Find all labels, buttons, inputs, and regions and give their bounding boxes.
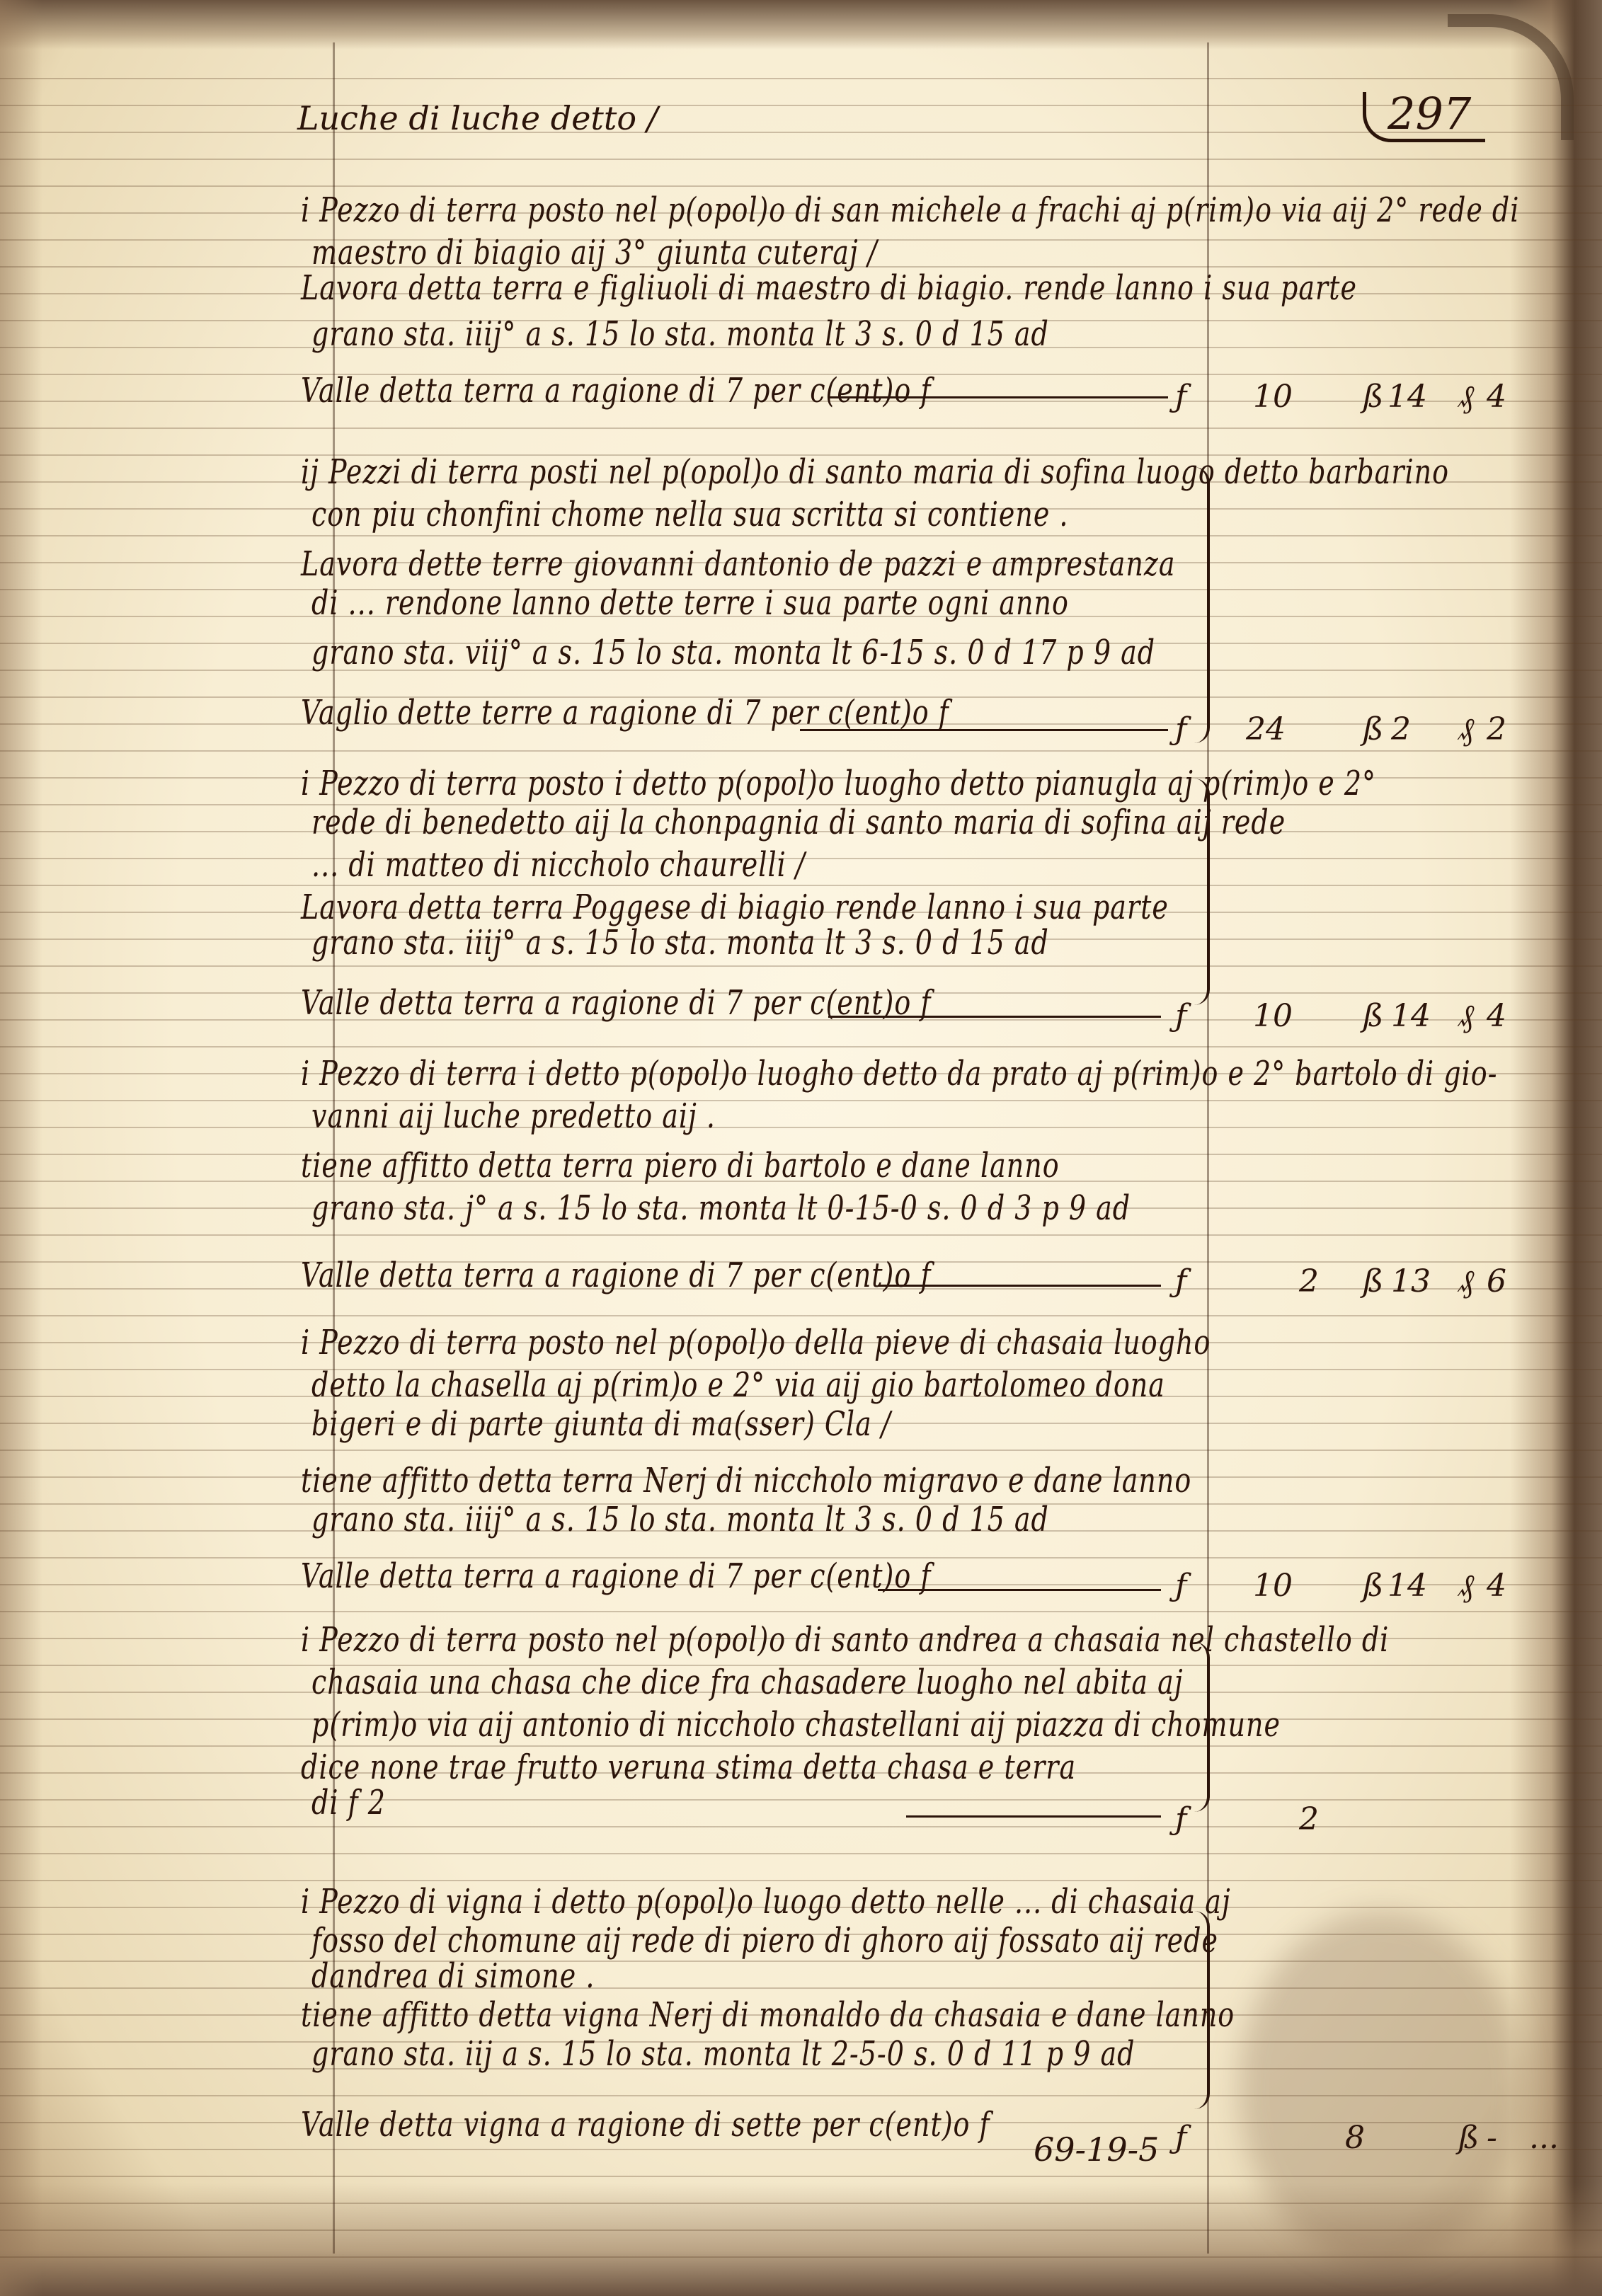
amount-soldi: 2 (1391, 711, 1411, 747)
ruling-line (0, 132, 1602, 133)
leader-line (878, 1589, 1161, 1591)
ruling-line (0, 2256, 1602, 2258)
amount-soldi: 13 (1391, 1263, 1431, 1299)
leader-line (828, 1016, 1161, 1018)
entry-line: dice none trae frutto veruna stima detta… (301, 1747, 1076, 1786)
value-statement: Valle detta terra a ragione di 7 per c(e… (301, 1256, 931, 1295)
scan-edge-top (0, 0, 1602, 50)
ruling-line (0, 1961, 1602, 1962)
scan-edge-left (0, 0, 42, 2296)
entry-line: grano sta. iiij° a s. 15 lo sta. monta l… (311, 923, 1049, 962)
entry-brace (1191, 467, 1210, 743)
entry-line: maestro di biagio aij 3° giunta cuteraj … (311, 233, 878, 272)
entry-line: rede di benedetto aij la chonpagnia di s… (311, 803, 1286, 842)
amount-denari: 2 (1487, 711, 1506, 747)
entry-line: di ... rendone lanno dette terre i sua p… (311, 583, 1069, 622)
value-statement: Valle detta vigna a ragione di sette per… (301, 2105, 990, 2144)
ruling-line (0, 1987, 1602, 1989)
entry-line: grano sta. iij a s. 15 lo sta. monta lt … (311, 2034, 1135, 2073)
entry-line: di f 2 (311, 1783, 386, 1822)
entry-line: tiene affitto detta vigna Nerj di monald… (301, 1995, 1235, 2034)
ruling-line (0, 1826, 1602, 1827)
ruling-line (0, 1100, 1602, 1101)
entry-line: dandrea di simone . (311, 1956, 595, 1995)
leader-line (800, 729, 1168, 731)
amount-fiorini: 2 (1299, 1801, 1319, 1837)
entry-line: Lavora detta terra Poggese di biagio ren… (301, 888, 1169, 926)
ruling-line (0, 535, 1602, 536)
entry-line: p(rim)o via aij antonio di niccholo chas… (311, 1705, 1281, 1744)
entry-line: i Pezzo di vigna i detto p(opol)o luogo … (301, 1882, 1231, 1921)
leader-line (828, 396, 1168, 398)
entry-line: i Pezzo di terra posto nel p(opol)o di s… (301, 190, 1519, 229)
amount-fiorini: 10 (1253, 998, 1293, 1034)
amount-soldi: - (1487, 2120, 1497, 2156)
entry-line: ... di matteo di niccholo chaurelli / (311, 845, 806, 884)
ruling-line (0, 78, 1602, 79)
ruling-line (0, 427, 1602, 429)
entry-line: bigeri e di parte giunta di ma(sser) Cla… (311, 1404, 891, 1443)
entry-line: fosso del chomune aij rede di piero di g… (311, 1921, 1218, 1960)
ruling-line (0, 885, 1602, 886)
entry-line: tiene affitto detta terra Nerj di niccho… (301, 1461, 1191, 1500)
ruling-line (0, 1046, 1602, 1047)
entry-line: i Pezzo di terra i detto p(opol)o luogho… (301, 1054, 1497, 1093)
manuscript-page: 297 Luche di luche detto / i Pezzo di te… (0, 0, 1602, 2296)
entry-line: Lavora dette terre giovanni dantonio de … (301, 544, 1176, 583)
amount-denari: 4 (1487, 1568, 1506, 1604)
ruling-line (0, 159, 1602, 160)
entry-line: i Pezzo di terra posto nel p(opol)o dell… (301, 1323, 1211, 1362)
ruling-line (0, 750, 1602, 752)
amount-fiorini: 2 (1299, 1263, 1319, 1299)
ruling-line (0, 1853, 1602, 1854)
entry-line: ij Pezzi di terra posti nel p(opol)o di … (301, 452, 1449, 491)
entry-line: detto la chasella aj p(rim)o e 2° via ai… (311, 1365, 1165, 1404)
amount-fiorini: 10 (1253, 1568, 1293, 1604)
amount-fiorini: 10 (1253, 379, 1293, 415)
ruling-line (0, 2176, 1602, 2177)
amount-soldi: 14 (1388, 379, 1427, 415)
entry-line: grano sta. iiij° a s. 15 lo sta. monta l… (311, 314, 1049, 353)
entry-line: i Pezzo di terra posto i detto p(opol)o … (301, 764, 1376, 803)
ruling-line (0, 2095, 1602, 2096)
ruling-line (0, 1234, 1602, 1236)
amount-denari: 4 (1487, 379, 1506, 415)
amount-denari: 6 (1487, 1263, 1506, 1299)
amount-denari: ... (1529, 2120, 1559, 2156)
entry-line: tiene affitto detta terra piero di barto… (301, 1146, 1060, 1185)
amount-soldi: 14 (1391, 998, 1431, 1034)
amount-soldi: 14 (1388, 1568, 1427, 1604)
ruling-line (0, 105, 1602, 106)
page-heading: Luche di luche detto / (297, 99, 658, 137)
folio-number: 297 (1363, 92, 1485, 142)
entry-line: grano sta. iiij° a s. 15 lo sta. monta l… (311, 1500, 1049, 1539)
entry-line: grano sta. j° a s. 15 lo sta. monta lt 0… (311, 1188, 1131, 1227)
ruling-line (0, 2229, 1602, 2231)
entry-line: Lavora detta terra e figliuoli di maestr… (301, 268, 1357, 307)
value-statement: Vaglio dette terre a ragione di 7 per c(… (301, 693, 949, 732)
paper-stain (1239, 1911, 1522, 2265)
ruling-line (0, 1745, 1602, 1747)
ruling-line (0, 965, 1602, 967)
leader-line (878, 1285, 1161, 1287)
entry-line: vanni aij luche predetto aij . (311, 1096, 716, 1135)
entry-line: con piu chonfini chome nella sua scritta… (311, 495, 1069, 534)
value-statement: Valle detta terra a ragione di 7 per c(e… (301, 1556, 931, 1595)
ruling-line (0, 1127, 1602, 1128)
amount-fiorini: 24 (1246, 711, 1286, 747)
amount-denari: 4 (1487, 998, 1506, 1034)
leader-line (906, 1815, 1161, 1818)
entry-line: chasaia una chasa che dice fra chasadere… (311, 1663, 1184, 1701)
ruling-line (0, 1315, 1602, 1316)
value-statement: Valle detta terra a ragione di 7 per c(e… (301, 371, 931, 410)
ruling-line (0, 1450, 1602, 1451)
entry-line: grano sta. viij° a s. 15 lo sta. monta l… (311, 633, 1155, 672)
ruling-line (0, 2203, 1602, 2204)
page-total: 69-19-5 (1034, 2130, 1159, 2169)
ruling-line (0, 1799, 1602, 1801)
scan-edge-right (1510, 0, 1602, 2296)
entry-line: i Pezzo di terra posto nel p(opol)o di s… (301, 1620, 1389, 1659)
ruling-line (0, 1611, 1602, 1612)
ruling-line (0, 1880, 1602, 1881)
amount-fiorini: 8 (1345, 2120, 1365, 2156)
ruling-line (0, 185, 1602, 187)
